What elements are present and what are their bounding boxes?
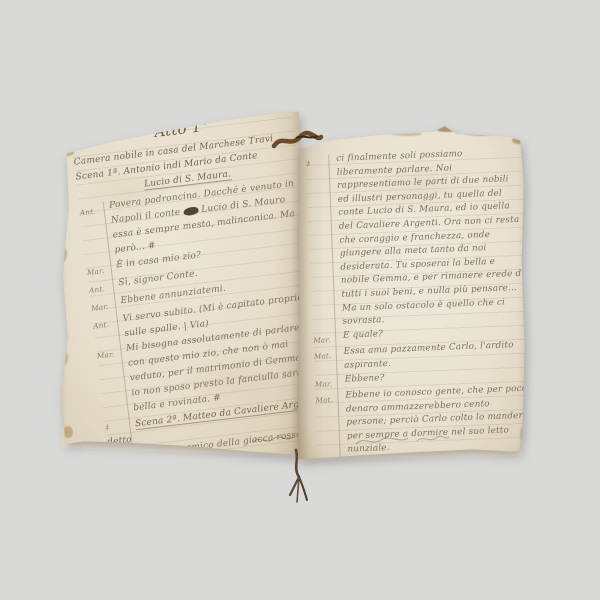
- speaker-label: Ant.: [79, 200, 103, 220]
- torn-edge-spot: [392, 132, 422, 136]
- scene2-mark: ‡: [105, 419, 110, 431]
- speaker-label: Mat.: [108, 448, 132, 468]
- aged-edge-spot: [63, 426, 73, 438]
- speaker-label: Mar.: [112, 478, 136, 498]
- torn-edge-spot: [434, 124, 460, 132]
- flourish-icon: [354, 434, 410, 448]
- right-page-text: ‡ ci finalmente soli possiamo liberament…: [306, 144, 534, 503]
- right-page-paper: ‡ ci finalmente soli possiamo liberament…: [296, 116, 532, 464]
- binding-string-icon: [283, 448, 325, 506]
- aged-edge-spot: [60, 351, 68, 365]
- continuation-mark: ‡: [306, 153, 329, 170]
- speaker-label: Mar.: [315, 373, 338, 390]
- manuscript-photo: Atto 1° Camera nobile in casa del Marche…: [0, 0, 600, 600]
- dialogue-line: Mat. Ma che un altro delitto ti spaventa…: [318, 467, 534, 502]
- dialogue-text: ci finalmente soli possiamo liberamente …: [328, 146, 528, 330]
- speaker-label: Mat.: [313, 346, 336, 363]
- binding-headband-icon: [270, 128, 324, 152]
- flourish-icon: [416, 434, 450, 444]
- torn-edge-spot: [464, 131, 498, 136]
- speaker-label: Mar.: [96, 343, 120, 363]
- aged-edge-spot: [60, 148, 74, 156]
- dialogue-line: ‡ ci finalmente soli possiamo liberament…: [306, 146, 528, 331]
- aged-edge-spot: [520, 426, 528, 444]
- speaker-label: Mat.: [315, 390, 338, 407]
- flourish-icon: [252, 434, 294, 446]
- speaker-label: Mar.: [313, 330, 336, 347]
- right-dialogue-block: ‡ ci finalmente soli possiamo liberament…: [306, 146, 534, 503]
- speaker-label: Ant.: [92, 313, 116, 333]
- speaker-label: Mat.: [114, 496, 138, 516]
- aged-edge-spot: [58, 246, 67, 262]
- ink-blot-icon: [183, 206, 199, 216]
- torn-edge-spot: [512, 137, 526, 144]
- right-page: ‡ ci finalmente soli possiamo liberament…: [296, 116, 532, 464]
- dialogue-text: Ma che un altro delitto ti spaventa?... …: [340, 467, 534, 502]
- dialogue-line: Mat. Ebbene io conosco gente, che per po…: [315, 383, 532, 459]
